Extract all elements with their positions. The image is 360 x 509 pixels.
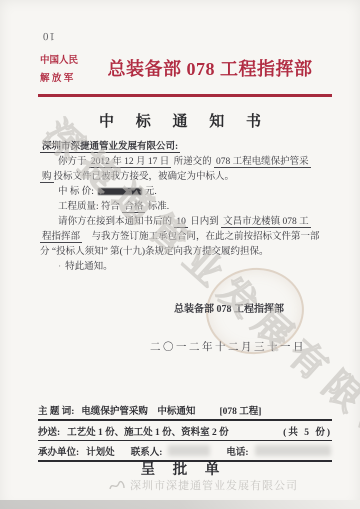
- quality-blank: 合格: [122, 202, 145, 213]
- closing-text: 特此通知。: [65, 262, 113, 272]
- body-text: 标准.: [148, 202, 169, 212]
- closing-dash-mark: ·: [58, 262, 61, 272]
- document-page: 10 中国人民 解 放 军 总装备部 078 工程指挥部 中 标 通 知 书 深…: [0, 0, 360, 509]
- body-line-1: 你方于 2012 年 12 月 17 日 所递交的 078 工程电缆保护管采: [40, 155, 334, 170]
- letterhead-divider-rule: [38, 94, 332, 97]
- closing-line: ·特此通知。: [40, 260, 334, 275]
- bid-price-line: 中 标 价:元.: [40, 185, 334, 200]
- bottom-watermark-text: 深圳市深捷通管业发展有限公司: [130, 477, 298, 493]
- cc-label: 抄送:: [38, 424, 60, 438]
- body-text: 与我方签订施工承包合同，在此之前按招标文件第一部: [92, 232, 320, 242]
- document-body: 深圳市深捷通管业发展有限公司: 你方于 2012 年 12 月 17 日 所递交…: [40, 140, 334, 275]
- bottom-company-watermark: 深圳市深捷通管业发展有限公司: [108, 477, 360, 493]
- price-unit: 元.: [145, 187, 157, 197]
- letterhead-org-left: 中国人民 解 放 军: [40, 52, 78, 84]
- subject-label: 主 题 词:: [38, 403, 74, 417]
- letterhead: 中国人民 解 放 军 总装备部 078 工程指挥部: [40, 52, 332, 84]
- letterhead-title: 总装备部 078 工程指挥部: [88, 55, 332, 81]
- body-text: 分 “投标人须知” 第(十九)条规定向我方提交履约担保。: [40, 247, 269, 257]
- company-logo-icon: [108, 478, 126, 493]
- body-text: 请你方在接到本通知书后的: [58, 217, 172, 227]
- body-line-3: 请你方在接到本通知书后的 10 日内到 文昌市龙楼镇 078 工: [40, 215, 334, 230]
- body-text: 你方于: [58, 157, 87, 167]
- project-name-blank: 078 工程电缆保护管采: [214, 157, 311, 168]
- subject-value: 电缆保护管采购 中标通知: [81, 403, 195, 417]
- body-text: 日内到: [190, 217, 219, 227]
- project-name-cont: 购: [40, 172, 54, 183]
- phone-label: 电话:: [226, 444, 248, 458]
- subject-tag: [078 工程]: [219, 403, 261, 417]
- price-label: 中 标 价:: [58, 187, 94, 197]
- document-title: 中 标 通 知 书: [0, 110, 360, 131]
- org-name-line1: 中国人民: [40, 52, 78, 66]
- subject-row: 主 题 词: 电缆保护管采购 中标通知 [078 工程]: [38, 400, 332, 421]
- handler-label: 承办单位:: [38, 444, 79, 458]
- redacted-phone-number: [255, 445, 331, 456]
- handler-value: 计划处: [86, 444, 115, 458]
- body-text: 所递交的: [174, 157, 212, 167]
- scan-edge-shadow: [0, 500, 360, 509]
- body-line-4: 程指挥部 与我方签订施工承包合同，在此之前按招标文件第一部: [40, 230, 334, 245]
- body-text: 投标文件已被我方接受，被确定为中标人。: [54, 172, 235, 182]
- org-name-line2: 解 放 军: [40, 70, 78, 84]
- corner-page-mark: 10: [42, 30, 55, 42]
- approval-slip-title: 呈 批 单: [0, 458, 360, 479]
- recipient-line: 深圳市深捷通管业发展有限公司:: [40, 140, 334, 155]
- cc-total: (共 5 份): [283, 424, 332, 438]
- place-blank-cont: 程指挥部: [40, 232, 82, 243]
- bid-date-blank: 2012 年 12 月 17 日: [89, 157, 171, 168]
- body-text: 工程质量: 符合: [58, 202, 120, 212]
- signature-date: 二〇一二年十二月三十一日: [150, 339, 306, 354]
- contact-label: 联系人:: [131, 444, 163, 458]
- body-line-2: 购投标文件已被我方接受，被确定为中标人。: [40, 170, 334, 185]
- place-blank: 文昌市龙楼镇 078 工: [221, 217, 311, 228]
- signature-unit: 总装备部 078 工程指挥部: [174, 300, 284, 315]
- quality-line: 工程质量: 符合 合格 标准.: [40, 200, 334, 215]
- cc-value: 工艺处 1 份、施工处 1 份、资料室 2 份: [67, 424, 229, 438]
- cc-row: 抄送: 工艺处 1 份、施工处 1 份、资料室 2 份 (共 5 份): [38, 421, 332, 441]
- redacted-contact-name: [168, 445, 210, 456]
- recipient-name: 深圳市深捷通管业发展有限公司:: [40, 142, 180, 153]
- redacted-price-bar: [98, 188, 142, 195]
- days-blank: 10: [174, 217, 188, 228]
- document-footer-table: 主 题 词: 电缆保护管采购 中标通知 [078 工程] 抄送: 工艺处 1 份…: [38, 400, 332, 462]
- body-line-5: 分 “投标人须知” 第(十九)条规定向我方提交履约担保。: [40, 245, 334, 260]
